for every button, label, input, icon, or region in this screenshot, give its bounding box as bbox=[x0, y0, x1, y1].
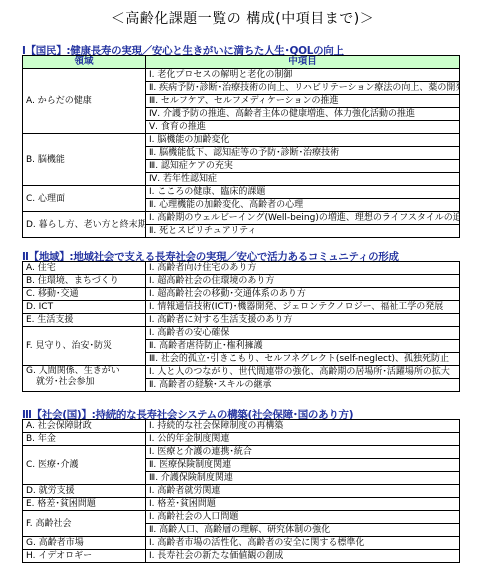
area-line-2: 就労･社会参加 bbox=[26, 377, 142, 388]
table-row: B. 住環境、まちづくり Ⅰ. 超高齢社会の住環境のあり方 bbox=[23, 275, 460, 288]
item-cell: Ⅰ. 高齢者向け住宅のあり方 bbox=[146, 262, 460, 275]
item-cell: Ⅰ. 超高齢社会の住環境のあり方 bbox=[146, 275, 460, 288]
item-cell: Ⅰ. 情報通信技術(ICT)･機器開発、ジェロンテクノロジー、福祉工学の発展 bbox=[146, 301, 460, 314]
area-cell: E. 生活支援 bbox=[23, 314, 146, 327]
item-cell: Ⅲ. 社会的孤立･引きこもり、セルフネグレクト(self-neglect)、孤独… bbox=[146, 353, 460, 366]
table-row: A. からだの健康 Ⅰ. 老化プロセスの解明と老化の制御 bbox=[23, 69, 460, 82]
table-row: C. 医療･介護 Ⅰ. 医療と介護の連携･統合 bbox=[23, 446, 460, 459]
table-row: B. 脳機能 Ⅰ. 脳機能の加齢変化 bbox=[23, 134, 460, 147]
area-cell: H. イデオロギー bbox=[23, 550, 146, 563]
header-items: 中項目 bbox=[146, 56, 460, 69]
table-row: G. 人間関係、生きがい 就労･社会参加 Ⅰ. 人と人のつながり、世代間連帯の強… bbox=[23, 366, 460, 379]
item-cell: Ⅰ. 高齢社会の人口問題 bbox=[146, 511, 460, 524]
page-title: ＜高齢化課題一覧の 構成(中項目まで)＞ bbox=[0, 8, 485, 28]
item-cell: Ⅰ. 格差･貧困問題 bbox=[146, 498, 460, 511]
table-row: C. 心理面 Ⅰ. こころの健康、臨床的課題 bbox=[23, 186, 460, 199]
item-cell: Ⅰ. 長寿社会の新たな価値観の創成 bbox=[146, 550, 460, 563]
table-row: A. 社会保障財政 Ⅰ. 持続的な社会保障制度の再構築 bbox=[23, 420, 460, 433]
item-cell: Ⅱ. 死とスピリチュアリティ bbox=[146, 225, 460, 238]
item-cell: Ⅱ. 脳機能低下、認知症等の予防･診断･治療技術 bbox=[146, 147, 460, 160]
table-row: D. 就労支援 Ⅰ. 高齢者就労関連 bbox=[23, 485, 460, 498]
item-cell: Ⅰ. 高齢者の安心確保 bbox=[146, 327, 460, 340]
table-row: E. 格差･貧困問題 Ⅰ. 格差･貧困問題 bbox=[23, 498, 460, 511]
item-cell: Ⅰ. 高齢者市場の活性化、高齢者の安全に関する標準化 bbox=[146, 537, 460, 550]
section-1-table: 領域 中項目 A. からだの健康 Ⅰ. 老化プロセスの解明と老化の制御 Ⅱ. 疾… bbox=[22, 55, 460, 238]
item-cell: Ⅰ. 公的年金制度関連 bbox=[146, 433, 460, 446]
table-row: C. 移動･交通 Ⅰ. 超高齢社会の移動･交通体系のあり方 bbox=[23, 288, 460, 301]
item-cell: Ⅰ. 高齢者に対する生活支援のあり方 bbox=[146, 314, 460, 327]
area-cell: A. 住宅 bbox=[23, 262, 146, 275]
area-cell: C. 医療･介護 bbox=[23, 446, 146, 485]
area-cell: D. 就労支援 bbox=[23, 485, 146, 498]
area-cell: B. 住環境、まちづくり bbox=[23, 275, 146, 288]
area-cell: F. 見守り、治安･防災 bbox=[23, 327, 146, 366]
item-cell: Ⅰ. 老化プロセスの解明と老化の制御 bbox=[146, 69, 460, 82]
item-cell: Ⅳ. 若年性認知症 bbox=[146, 173, 460, 186]
area-cell: G. 人間関係、生きがい 就労･社会参加 bbox=[23, 366, 146, 392]
table-row: H. イデオロギー Ⅰ. 長寿社会の新たな価値観の創成 bbox=[23, 550, 460, 563]
item-cell: Ⅱ. 高齢者虐待防止･権利擁護 bbox=[146, 340, 460, 353]
header-area: 領域 bbox=[23, 56, 146, 69]
area-cell: A. 社会保障財政 bbox=[23, 420, 146, 433]
item-cell: Ⅱ. 高齢人口、高齢層の理解、研究体制の強化 bbox=[146, 524, 460, 537]
table-row: D. 暮らし方、老い方と終末期 Ⅰ. 高齢期のウェルビーイング(Well-bei… bbox=[23, 212, 460, 225]
area-line-1: G. 人間関係、生きがい bbox=[26, 366, 142, 377]
item-cell: Ⅲ. 認知症ケアの充実 bbox=[146, 160, 460, 173]
area-cell: E. 格差･貧困問題 bbox=[23, 498, 146, 511]
item-cell: Ⅱ. 心理機能の加齢変化、高齢者の心理 bbox=[146, 199, 460, 212]
table-row: A. 住宅 Ⅰ. 高齢者向け住宅のあり方 bbox=[23, 262, 460, 275]
area-cell: B. 脳機能 bbox=[23, 134, 146, 186]
item-cell: Ⅴ. 食育の推進 bbox=[146, 121, 460, 134]
area-cell: B. 年金 bbox=[23, 433, 146, 446]
item-cell: Ⅰ. 高齢者就労関連 bbox=[146, 485, 460, 498]
area-cell: A. からだの健康 bbox=[23, 69, 146, 134]
item-cell: Ⅰ. こころの健康、臨床的課題 bbox=[146, 186, 460, 199]
item-cell: Ⅱ. 疾病予防･診断･治療技術の向上、リハビリテーション療法の向上、薬の開発 bbox=[146, 82, 460, 95]
area-cell: D. 暮らし方、老い方と終末期 bbox=[23, 212, 146, 238]
item-cell: Ⅰ. 人と人のつながり、世代間連帯の強化、高齢期の居場所･活躍場所の拡大 bbox=[146, 366, 460, 379]
table-row: F. 見守り、治安･防災 Ⅰ. 高齢者の安心確保 bbox=[23, 327, 460, 340]
section-3-table: A. 社会保障財政 Ⅰ. 持続的な社会保障制度の再構築 B. 年金 Ⅰ. 公的年… bbox=[22, 419, 460, 563]
section-2-table: A. 住宅 Ⅰ. 高齢者向け住宅のあり方 B. 住環境、まちづくり Ⅰ. 超高齢… bbox=[22, 261, 460, 392]
item-cell: Ⅰ. 脳機能の加齢変化 bbox=[146, 134, 460, 147]
item-cell: Ⅰ. 持続的な社会保障制度の再構築 bbox=[146, 420, 460, 433]
table-header-row: 領域 中項目 bbox=[23, 56, 460, 69]
area-cell: D. ICT bbox=[23, 301, 146, 314]
item-cell: Ⅲ. 介護保険制度関連 bbox=[146, 472, 460, 485]
area-cell: C. 心理面 bbox=[23, 186, 146, 212]
item-cell: Ⅰ. 超高齢社会の移動･交通体系のあり方 bbox=[146, 288, 460, 301]
item-cell: Ⅲ. セルフケア、セルフメディケーションの推進 bbox=[146, 95, 460, 108]
area-cell: G. 高齢者市場 bbox=[23, 537, 146, 550]
item-cell: Ⅱ. 医療保険制度関連 bbox=[146, 459, 460, 472]
table-row: D. ICT Ⅰ. 情報通信技術(ICT)･機器開発、ジェロンテクノロジー、福祉… bbox=[23, 301, 460, 314]
table-row: B. 年金 Ⅰ. 公的年金制度関連 bbox=[23, 433, 460, 446]
table-row: G. 高齢者市場 Ⅰ. 高齢者市場の活性化、高齢者の安全に関する標準化 bbox=[23, 537, 460, 550]
item-cell: Ⅰ. 高齢期のウェルビーイング(Well-being)の増進、理想のライフスタイ… bbox=[146, 212, 460, 225]
table-row: E. 生活支援 Ⅰ. 高齢者に対する生活支援のあり方 bbox=[23, 314, 460, 327]
item-cell: Ⅳ. 介護予防の推進、高齢者主体の健康増進、体力強化活動の推進 bbox=[146, 108, 460, 121]
table-row: F. 高齢社会 Ⅰ. 高齢社会の人口問題 bbox=[23, 511, 460, 524]
area-cell: F. 高齢社会 bbox=[23, 511, 146, 537]
area-cell: C. 移動･交通 bbox=[23, 288, 146, 301]
item-cell: Ⅱ. 高齢者の経験･スキルの継承 bbox=[146, 379, 460, 392]
item-cell: Ⅰ. 医療と介護の連携･統合 bbox=[146, 446, 460, 459]
